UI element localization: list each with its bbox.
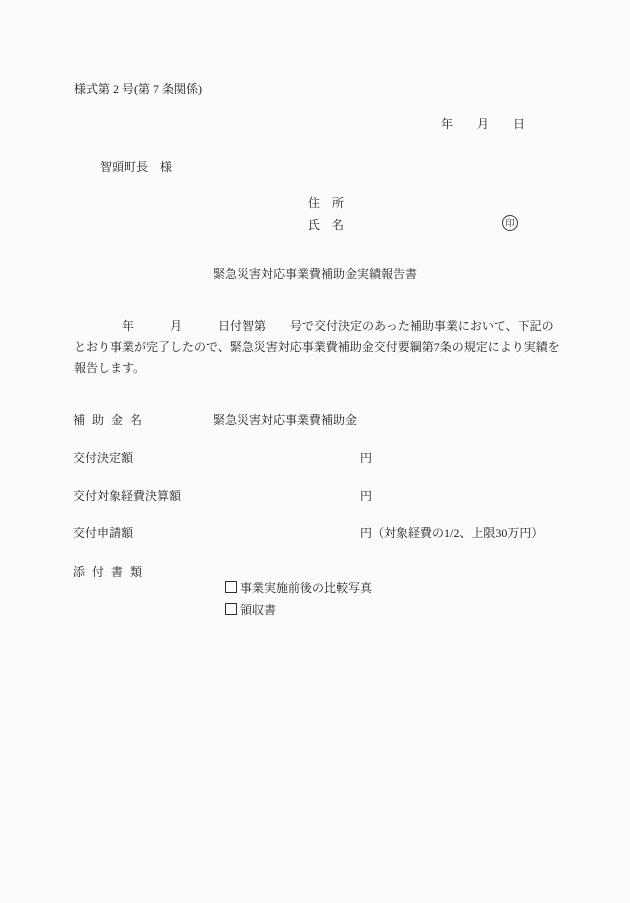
seal-mark-icon: 印 xyxy=(502,215,518,231)
addressee: 智頭町長 様 xyxy=(100,159,172,175)
attachment-item-receipt: 領収書 xyxy=(213,586,276,634)
body-line-1: 年 月 日付智第 号で交付決定のあった補助事業において、下記の xyxy=(74,318,554,334)
checkbox-icon xyxy=(225,603,237,615)
body-line-2: とおり事業が完了したので、緊急災害対応事業費補助金交付要綱第7条の規定により実績… xyxy=(74,339,560,355)
field-label-eligible-expense-settlement: 交付対象経費決算額 xyxy=(73,488,181,504)
field-label-grant-application-amount: 交付申請額 xyxy=(73,525,133,541)
field-unit-grant-decision-amount: 円 xyxy=(360,450,372,466)
field-label-grant-decision-amount: 交付決定額 xyxy=(73,450,133,466)
date-blank-line: 年 月 日 xyxy=(441,116,525,132)
document-title: 緊急災害対応事業費補助金実績報告書 xyxy=(0,266,630,282)
form-number: 様式第 2 号(第 7 条関係) xyxy=(74,81,202,97)
body-line-3: 報告します。 xyxy=(74,360,145,376)
field-value-subsidy-name: 緊急災害対応事業費補助金 xyxy=(213,412,357,428)
field-unit-eligible-expense-settlement: 円 xyxy=(360,488,372,504)
field-label-subsidy-name: 補助金名 xyxy=(73,412,149,428)
attachment-label-receipt: 領収書 xyxy=(240,603,276,617)
sender-address-label: 住 所 xyxy=(308,195,344,211)
field-label-attachments: 添付書類 xyxy=(73,564,149,580)
sender-name-label: 氏 名 xyxy=(308,217,344,233)
report-form-page: 様式第 2 号(第 7 条関係) 年 月 日 智頭町長 様 住 所 氏 名 印 … xyxy=(0,0,630,903)
field-unit-grant-application-amount: 円（対象経費の1/2、上限30万円） xyxy=(360,525,543,541)
